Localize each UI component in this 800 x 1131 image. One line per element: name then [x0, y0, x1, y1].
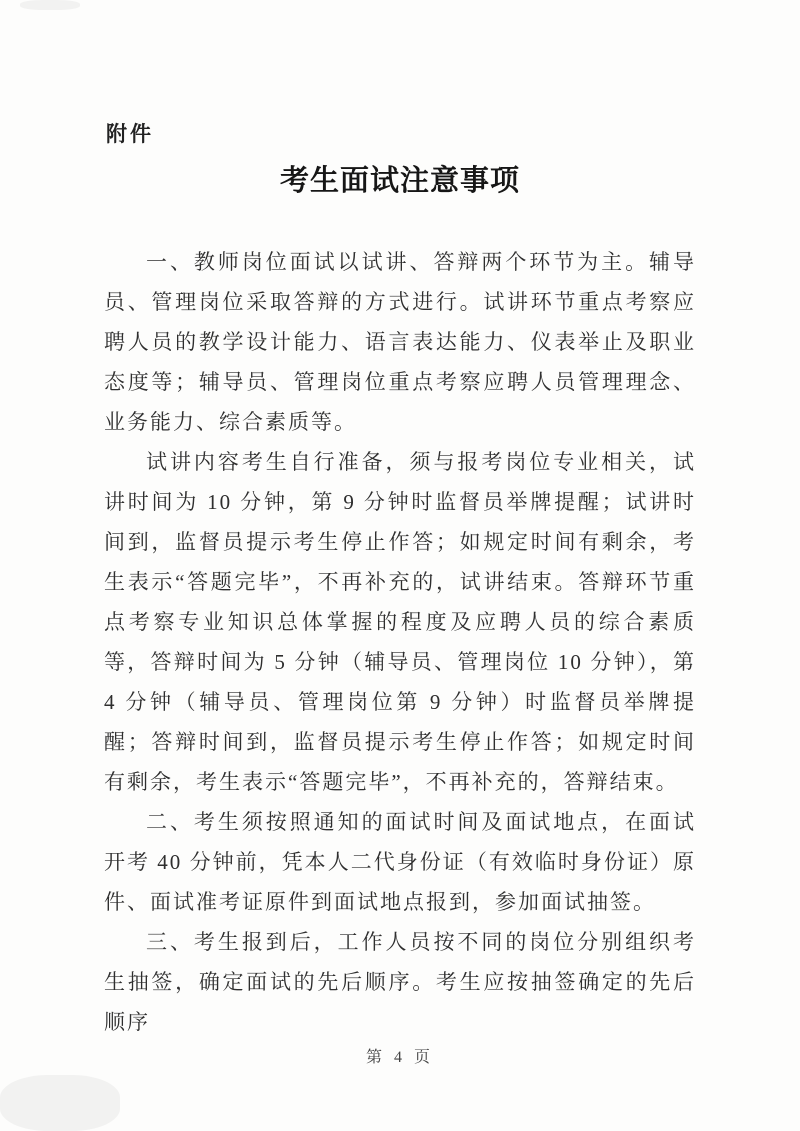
attachment-label: 附件	[106, 118, 154, 148]
scanned-document-page: 附件 考生面试注意事项 一、教师岗位面试以试讲、答辩两个环节为主。辅导员、管理岗…	[0, 0, 800, 1131]
page-number: 第 4 页	[0, 1044, 800, 1067]
scan-artifact	[20, 0, 80, 10]
paragraph-4: 三、考生报到后，工作人员按不同的岗位分别组织考生抽签，确定面试的先后顺序。考生应…	[104, 922, 696, 1042]
page-title: 考生面试注意事项	[0, 158, 800, 199]
document-body: 一、教师岗位面试以试讲、答辩两个环节为主。辅导员、管理岗位采取答辩的方式进行。试…	[104, 242, 696, 1042]
paragraph-1: 一、教师岗位面试以试讲、答辩两个环节为主。辅导员、管理岗位采取答辩的方式进行。试…	[104, 242, 696, 442]
scan-artifact	[0, 1075, 120, 1131]
paragraph-3: 二、考生须按照通知的面试时间及面试地点，在面试开考 40 分钟前，凭本人二代身份…	[104, 802, 696, 922]
paragraph-2: 试讲内容考生自行准备，须与报考岗位专业相关，试讲时间为 10 分钟，第 9 分钟…	[104, 442, 696, 802]
